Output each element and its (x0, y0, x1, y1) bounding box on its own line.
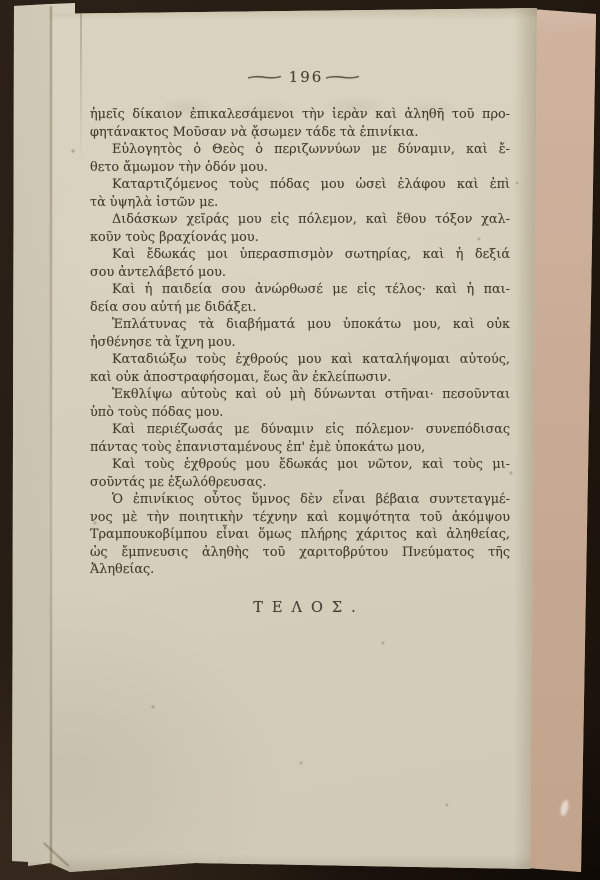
text-line: Καταδιώξω τοὺς ἐχθρούς μου καὶ καταλήψομ… (90, 351, 510, 369)
header-ornament-left-icon: ⁓ (246, 69, 288, 87)
text-line: φητάνακτος Μοῦσαν νὰ ᾄσωμεν τάδε τὰ ἐπιν… (90, 124, 510, 142)
book-page: ⁓196⁓ ἡμεῖς δίκαιον ἐπικαλεσάμενοι τὴν ἱ… (0, 0, 600, 880)
text-line: τὰ ὑψηλὰ ἱστῶν με. (90, 194, 510, 212)
text-line: Εὐλογητὸς ὁ Θεὸς ὁ περιζωννύων με δύναμι… (90, 141, 510, 159)
text-line: σοῦντάς με ἐξωλόθρευσας. (90, 474, 510, 492)
paper-crease (80, 12, 82, 162)
text-line: Ὁ ἐπινίκιος οὗτος ὕμνος δὲν εἶναι βέβαια… (90, 491, 510, 509)
text-line: Καὶ τοὺς ἐχθρούς μου ἔδωκάς μοι νῶτον, κ… (90, 456, 510, 474)
paper-scratch-mark (559, 799, 570, 816)
text-line: κοῦν τοὺς βραχίονάς μου. (90, 229, 510, 247)
text-line: Ἐκθλίψω αὐτοὺς καὶ οὐ μὴ δύνωνται στῆναι… (90, 386, 510, 404)
text-line: Καὶ περιέζωσάς με δύναμιν εἰς πόλεμον· σ… (90, 421, 510, 439)
page-number: 196 (289, 68, 324, 86)
page-header: ⁓196⁓ (96, 68, 516, 86)
text-line: Διδάσκων χεῖράς μου εἰς πόλεμον, καὶ ἔθο… (90, 211, 510, 229)
text-line: ἡμεῖς δίκαιον ἐπικαλεσάμενοι τὴν ἱερὰν κ… (90, 106, 510, 124)
text-line: καὶ οὐκ ἀποστραφήσομαι, ἕως ἂν ἐκλείπωσι… (90, 369, 510, 387)
text-line: Καὶ ἔδωκάς μοι ὑπερασπισμὸν σωτηρίας, κα… (90, 246, 510, 264)
text-line: Καὶ ἡ παιδεία σου ἀνώρθωσέ με εἰς τέλος·… (90, 281, 510, 299)
text-line: ἠσθένησε τὰ ἴχνη μου. (90, 334, 510, 352)
page-stub-seam (50, 6, 52, 864)
text-line: πάντας τοὺς ἐπανισταμένους ἐπ' ἐμὲ ὑποκά… (90, 439, 510, 457)
text-line: ὡς ἔμπνευσις ἀληθὴς τοῦ χαριτοβρύτου Πνε… (90, 544, 510, 562)
finis-telos: ΤΕΛΟΣ. (90, 600, 519, 616)
text-line: ὑπὸ τοὺς πόδας μου. (90, 404, 510, 422)
text-line: θετο ἄμωμον τὴν ὁδόν μου. (90, 159, 510, 177)
page-edge-shading-top (0, 0, 600, 20)
text-line: σου ἀντελάβετό μου. (90, 264, 510, 282)
text-line: νος μὲ τὴν ποιητικὴν τέχνην καὶ κομψότητ… (90, 509, 510, 527)
paper-speckles (0, 0, 2, 2)
text-line: Ἀληθείας. (90, 561, 510, 579)
text-block: ἡμεῖς δίκαιον ἐπικαλεσάμενοι τὴν ἱερὰν κ… (90, 106, 510, 579)
text-line: δεία σου αὐτή με διδάξει. (90, 299, 510, 317)
header-ornament-right-icon: ⁓ (325, 69, 367, 87)
text-line: Ἐπλάτυνας τὰ διαβήματά μου ὑποκάτω μου, … (90, 316, 510, 334)
page-edge-shading-bottom (0, 854, 600, 880)
text-line: Καταρτιζόμενος τοὺς πόδας μου ὡσεὶ ἐλάφο… (90, 176, 510, 194)
photo-backdrop: ⁓196⁓ ἡμεῖς δίκαιον ἐπικαλεσάμενοι τὴν ἱ… (0, 0, 600, 880)
text-line: Τραμπουκοβίμπου εἶναι ὅμως πλήρης χάριτο… (90, 526, 510, 544)
